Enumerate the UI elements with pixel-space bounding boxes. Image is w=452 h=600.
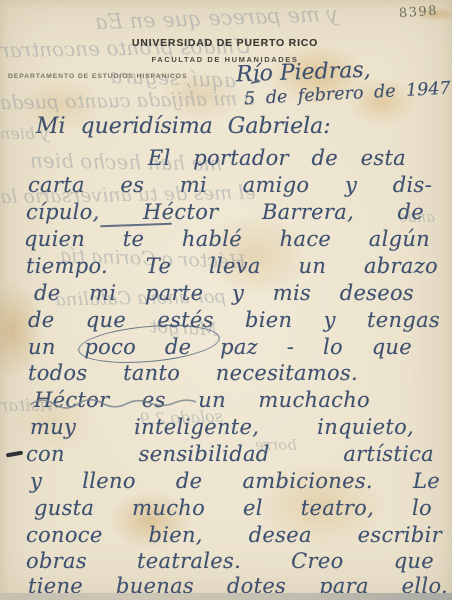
letter-line: El portador de esta — [148, 148, 406, 172]
bleedthrough-fragment: y me parece que en Ea — [95, 2, 339, 34]
scan-bottom-edge — [0, 593, 452, 600]
letter-line: conoce bien, desea escribir — [26, 525, 442, 549]
letter-line: tiempo. Te lleva un abrazo — [26, 256, 438, 280]
letterhead-department: DEPARTAMENTO DE ESTUDIOS HISPANICOS — [8, 73, 187, 80]
bleedthrough-fragment: a mi ahijada cuanto pueda — [0, 88, 255, 114]
letter-line: obras teatrales. Creo que — [26, 551, 434, 575]
letter-line: todos tanto necesitamos. — [28, 363, 358, 387]
letter-line: de que estés bien y tengas — [28, 310, 440, 334]
letter-line: quien te hablé hace algún — [24, 229, 430, 253]
margin-dash-mark — [6, 451, 23, 458]
letter-line: muy inteligente, inquieto, — [30, 417, 414, 441]
letter-page: y me parece que en Ea Unidos pronto enco… — [0, 0, 452, 600]
letter-line: carta es mi amigo y dis- — [28, 175, 432, 199]
letter-line: y lleno de ambiciones. Le — [30, 471, 440, 495]
letter-line: de mi parte y mis deseos — [34, 283, 414, 307]
letter-line: cípulo, Héctor Barrera, de — [26, 202, 424, 226]
letterhead-university: UNIVERSIDAD DE PUERTO RICO — [100, 37, 350, 49]
hector-strike-scribble — [28, 396, 198, 410]
archive-number: 8398 — [399, 4, 439, 22]
salutation: Mi queridísima Gabriela: — [36, 114, 331, 139]
letter-line: con sensibilidad artística — [26, 444, 434, 468]
letter-line: gusta mucho el teatro, lo — [34, 498, 432, 522]
